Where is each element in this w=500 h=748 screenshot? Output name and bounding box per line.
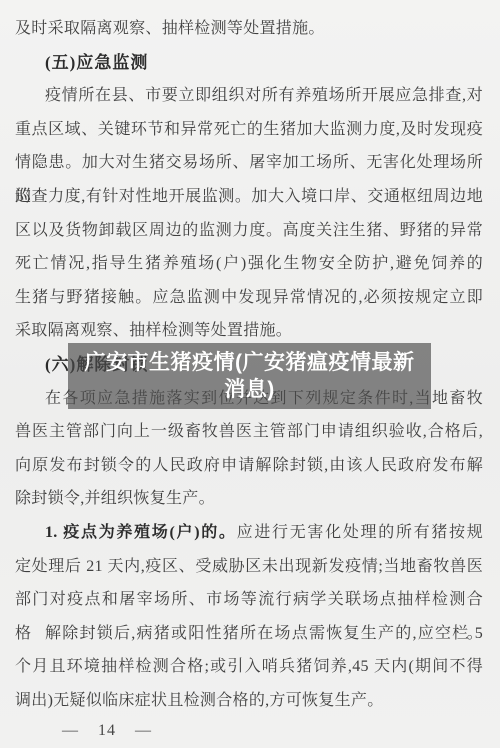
doc-line: 疫情所在县、市要立即组织对所有养殖场所开展应急排查,对 [15, 79, 483, 113]
doc-line: 巡查力度,有针对性地开展监测。加大入境口岸、交通枢纽周边地 [15, 180, 483, 214]
doc-line: 生猪与野猪接触。应急监测中发现异常情况的,必须按规定立即 [15, 281, 483, 315]
doc-line-text: 调出)无疑似临床症状且检测合格的,方可恢复生产。 [15, 692, 384, 709]
section-heading-5: (五)应急监测 [15, 46, 483, 80]
doc-line: 及时采取隔离观察、抽样检测等处置措施。 [15, 12, 483, 46]
doc-line-text: 巡查力度,有针对性地开展监测。加大入境口岸、交通枢纽周边地 [15, 188, 483, 205]
doc-line: 兽医主管部门向上一级畜牧兽医主管部门申请组织验收,合格后, [15, 415, 483, 449]
doc-line: 定处理后 21 天内,疫区、受威胁区未出现新发疫情;当地畜牧兽医 [15, 550, 483, 584]
doc-line: 调出)无疑似临床症状且检测合格的,方可恢复生产。 [15, 684, 483, 718]
doc-line-text: 疫情所在县、市要立即组织对所有养殖场所开展应急排查,对 [45, 87, 483, 104]
doc-line-text: 死亡情况,指导生猪养殖场(户)强化生物安全防护,避免饲养的 [15, 255, 483, 272]
doc-line-text: 兽医主管部门向上一级畜牧兽医主管部门申请组织验收,合格后, [15, 423, 483, 440]
doc-line: 个月且环境抽样检测合格;或引入哨兵猪饲养,45 天内(期间不得 [15, 650, 483, 684]
doc-line-text: 除封锁令,并组织恢复生产。 [15, 490, 215, 507]
doc-line: 情隐患。加大对生猪交易场所、屠宰加工场所、无害化处理场所的 [15, 146, 483, 180]
doc-line: 区以及货物卸载区周边的监测力度。高度关注生猪、野猪的异常 [15, 214, 483, 248]
doc-line-bold-segment: 1. 疫点为养殖场(户)的。 [45, 524, 237, 541]
doc-line-text: 解除封锁后,病猪或阳性猪所在场点需恢复生产的,应空栏 5 [45, 625, 483, 642]
doc-line-numbered-item: 1. 疫点为养殖场(户)的。应进行无害化处理的所有猪按规 [15, 516, 483, 550]
doc-line: 部门对疫点和屠宰场所、市场等流行病学关联场点抽样检测合格。 [15, 583, 483, 617]
doc-line-text: 个月且环境抽样检测合格;或引入哨兵猪饲养,45 天内(期间不得 [15, 658, 483, 675]
doc-line: 解除封锁后,病猪或阳性猪所在场点需恢复生产的,应空栏 5 [15, 617, 483, 651]
doc-line-text: 生猪与野猪接触。应急监测中发现异常情况的,必须按规定立即 [15, 289, 483, 306]
overlay-title-line2: 消息) [224, 376, 275, 403]
doc-line-text: (五)应急监测 [45, 53, 148, 72]
doc-line-text: 向原发布封锁令的人民政府申请解除封锁,由该人民政府发布解 [15, 457, 483, 474]
doc-line-text: 采取隔离观察、抽样检测等处置措施。 [15, 322, 292, 339]
doc-line: 向原发布封锁令的人民政府申请解除封锁,由该人民政府发布解 [15, 449, 483, 483]
scanned-document-page: 及时采取隔离观察、抽样检测等处置措施。 (五)应急监测 疫情所在县、市要立即组织… [0, 0, 500, 748]
watermark-title-overlay: 广安市生猪疫情(广安猪瘟疫情最新 消息) [68, 343, 431, 409]
doc-line-text: 及时采取隔离观察、抽样检测等处置措施。 [15, 20, 325, 37]
doc-line: 死亡情况,指导生猪养殖场(户)强化生物安全防护,避免饲养的 [15, 247, 483, 281]
overlay-title-line1: 广安市生猪疫情(广安猪瘟疫情最新 [85, 349, 415, 376]
doc-line: 重点区域、关键环节和异常死亡的生猪加大监测力度,及时发现疫 [15, 113, 483, 147]
doc-line: 除封锁令,并组织恢复生产。 [15, 482, 483, 516]
doc-line-text: 应进行无害化处理的所有猪按规 [237, 524, 483, 541]
doc-line-text: 重点区域、关键环节和异常死亡的生猪加大监测力度,及时发现疫 [15, 121, 483, 138]
page-number: — 14 — [62, 722, 152, 740]
doc-line-text: 定处理后 21 天内,疫区、受威胁区未出现新发疫情;当地畜牧兽医 [15, 558, 483, 575]
doc-line-text: 区以及货物卸载区周边的监测力度。高度关注生猪、野猪的异常 [15, 222, 483, 239]
